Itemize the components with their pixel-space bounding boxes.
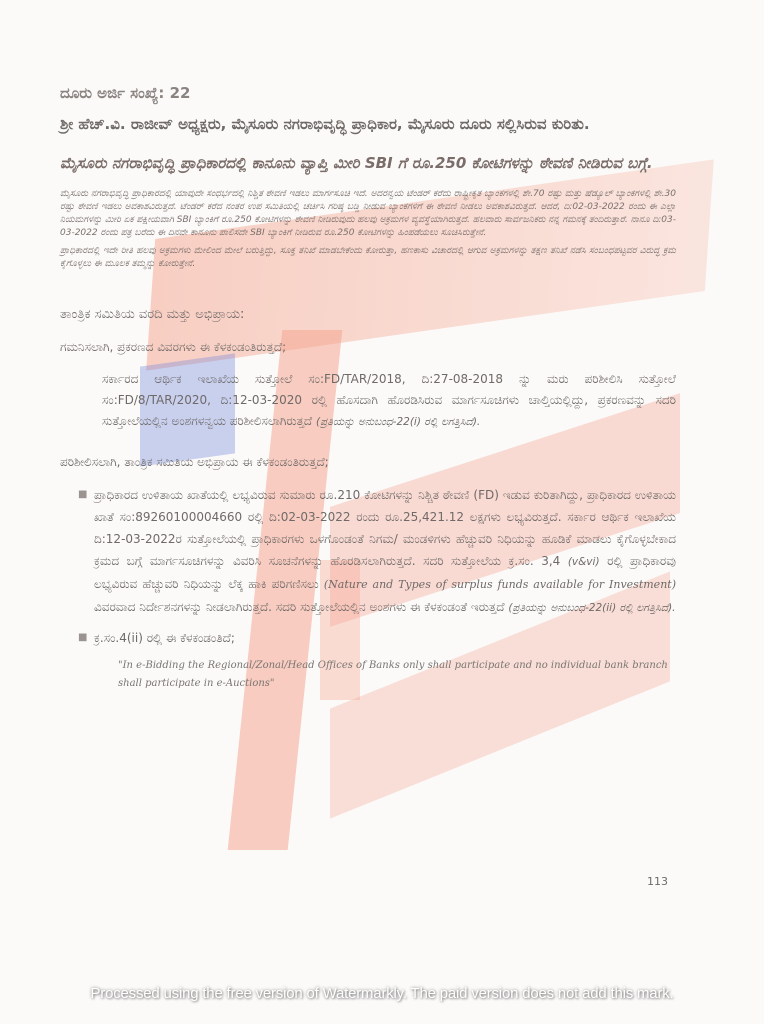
document-page: ದೂರು ಅರ್ಜಿ ಸಂಖ್ಯೆ: 22 ಶ್ರೀ ಹೆಚ್.ವಿ. ರಾಜೀ… [0, 0, 764, 1024]
annexure-reference: (ಪ್ರತಿಯನ್ನು ಅನುಬಂಧ-22(ii) ರಲ್ಲಿ ಲಗತ್ತಿಸಿ… [508, 602, 675, 614]
bullet-icon: ■ [78, 484, 94, 619]
list-item-text: ಪ್ರಾಧಿಕಾರದ ಉಳಿತಾಯ ಖಾತೆಯಲ್ಲಿ ಲಭ್ಯವಿರುವ ಸು… [94, 484, 676, 619]
section-heading: ತಾಂತ್ರಿಕ ಸಮಿತಿಯ ವರದಿ ಮತ್ತು ಅಭಿಪ್ರಾಯ: [60, 307, 676, 322]
observed-heading: ಗಮನಿಸಲಾಗಿ, ಪ್ರಕರಣದ ವಿವರಗಳು ಈ ಕೆಳಕಂಡಂತಿರು… [60, 340, 676, 355]
list-item-text: ಕ್ರ.ಸಂ.4(ii) ರಲ್ಲಿ ಈ ಕೆಳಕಂಡಂತಿದೆ; [94, 627, 676, 649]
examined-heading: ಪರಿಶೀಲಿಸಲಾಗಿ, ತಾಂತ್ರಿಕ ಸಮಿತಿಯ ಅಭಿಪ್ರಾಯ ಈ… [60, 455, 676, 470]
complaint-subject: ಶ್ರೀ ಹೆಚ್.ವಿ. ರಾಜೀವ್ ಅಧ್ಯಕ್ಷರು, ಮೈಸೂರು ನ… [60, 114, 676, 135]
page-number: 113 [647, 875, 668, 888]
complaint-number: ದೂರು ಅರ್ಜಿ ಸಂಖ್ಯೆ: 22 [60, 84, 676, 102]
quoted-guideline: "In e-Bidding the Regional/Zonal/Head Of… [118, 657, 676, 693]
list-item: ■ ಕ್ರ.ಸಂ.4(ii) ರಲ್ಲಿ ಈ ಕೆಳಕಂಡಂತಿದೆ; [78, 627, 676, 649]
clause-reference: (v&vi) [568, 556, 600, 568]
complaint-title: ಮೈಸೂರು ನಗರಾಭಿವೃದ್ಧಿ ಪ್ರಾಧಿಕಾರದಲ್ಲಿ ಕಾನೂನ… [60, 153, 676, 174]
watermark-text: Processed using the free version of Wate… [0, 985, 764, 1002]
english-phrase: (Nature and Types of surplus funds avail… [324, 578, 676, 591]
bullet-icon: ■ [78, 627, 94, 649]
list-item-text-part: ವಿವರವಾದ ನಿರ್ದೇಶನಗಳನ್ನು ನೀಡಲಾಗಿರುತ್ತದೆ. ಸ… [94, 600, 505, 614]
complaint-paragraph: ಮೈಸೂರು ನಗರಾಭಿವೃದ್ಧಿ ಪ್ರಾಧಿಕಾರದಲ್ಲಿ ಯಾವುದ… [60, 188, 676, 240]
observed-paragraph: ಸರ್ಕಾರದ ಆರ್ಥಿಕ ಇಲಾಖೆಯ ಸುತ್ತೋಲೆ ಸಂ:FD/TAR… [102, 369, 676, 433]
list-item: ■ ಪ್ರಾಧಿಕಾರದ ಉಳಿತಾಯ ಖಾತೆಯಲ್ಲಿ ಲಭ್ಯವಿರುವ … [78, 484, 676, 619]
complaint-paragraph: ಪ್ರಾಧಿಕಾರದಲ್ಲಿ ಇದೇ ರೀತಿ ಹಲವು ಅಕ್ರಮಗಳು ಮೇ… [60, 245, 676, 271]
annexure-reference: (ಪ್ರತಿಯನ್ನು ಅನುಬಂಧ-22(i) ರಲ್ಲಿ ಲಗತ್ತಿಸಿದ… [316, 416, 480, 428]
document-body: ದೂರು ಅರ್ಜಿ ಸಂಖ್ಯೆ: 22 ಶ್ರೀ ಹೆಚ್.ವಿ. ರಾಜೀ… [60, 84, 676, 693]
